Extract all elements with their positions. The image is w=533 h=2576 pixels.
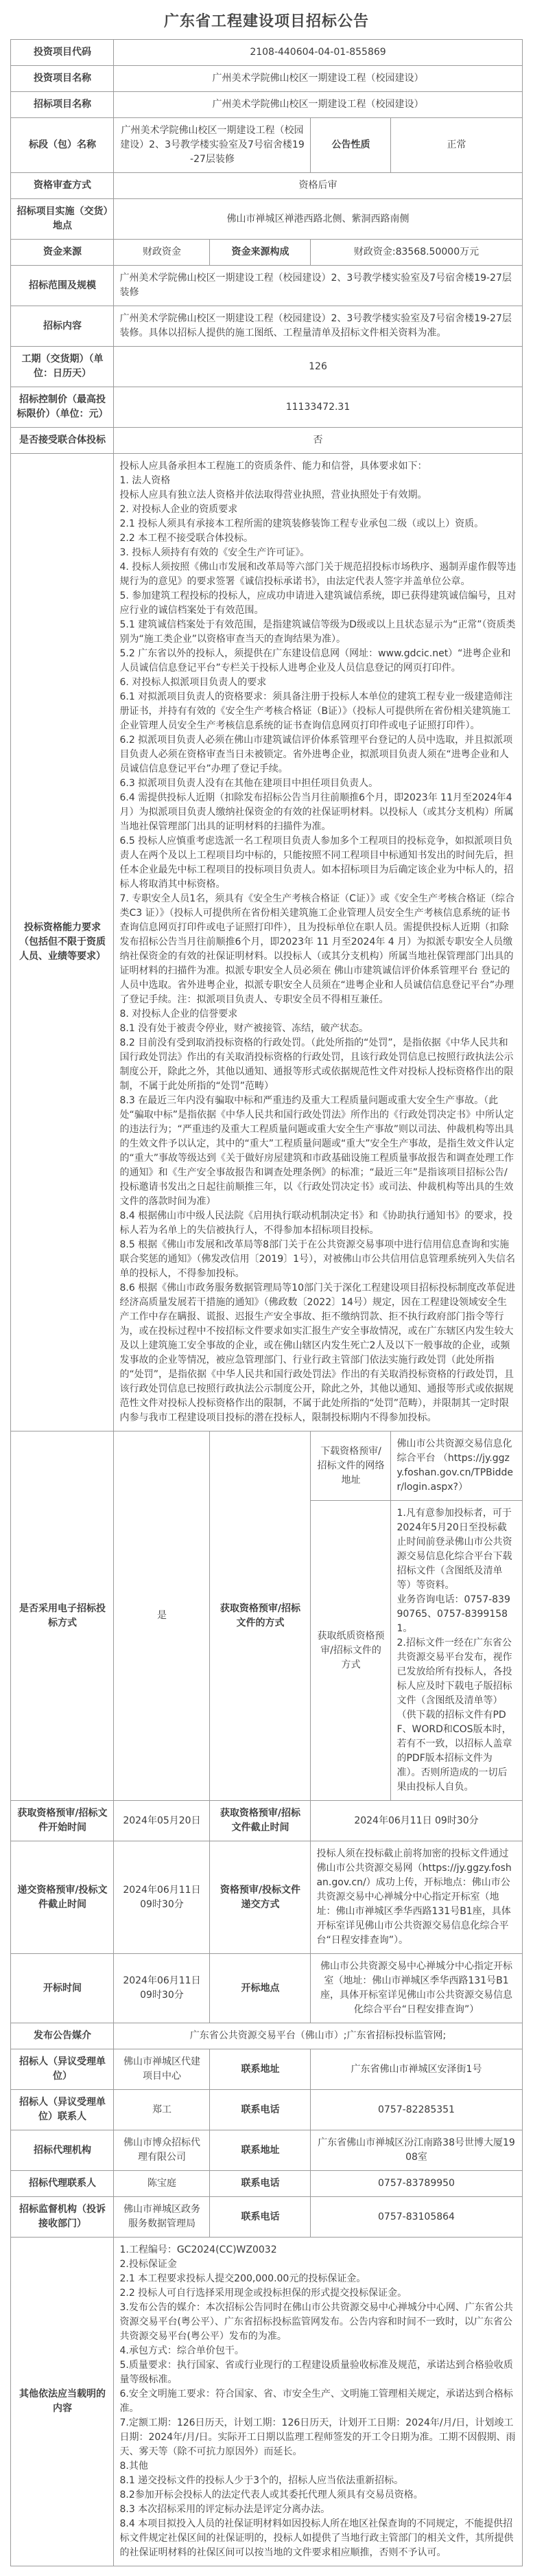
label-announcement-media: 发布公告媒介 xyxy=(11,2023,114,2049)
value-paper-document-acquisition: 1.凡有意参加投标者，可于2024年5月20日至投标截止时间前登录佛山市公共资源… xyxy=(391,1501,522,1801)
value-funding-composition: 财政资金:83568.50000万元 xyxy=(311,240,522,266)
label-supervision-phone: 联系电话 xyxy=(210,2197,311,2238)
row-consortium-bidding: 是否接受联合体投标 否 xyxy=(11,428,522,454)
tender-announcement-table: 投资项目代码 2108-440604-04-01-855869 投资项目名称 广… xyxy=(10,39,522,2566)
row-qualification-review-method: 资格审查方式 资格后审 xyxy=(11,173,522,199)
value-tenderer-contact: 郑工 xyxy=(114,2090,210,2130)
value-tender-scope-scale: 广州美术学院佛山校区一期建设工程（校园建设）2、3号教学楼实验室及7号宿舍楼19… xyxy=(114,266,522,306)
label-agency-phone: 联系电话 xyxy=(210,2171,311,2197)
label-notice-nature: 公告性质 xyxy=(311,118,391,173)
row-submission-deadline: 递交资格预审/投标文件截止时间 2024年06月11日 09时30分 资格预审/… xyxy=(11,1841,522,1954)
value-bidder-qualification-requirements: 投标人应具备承担本工程施工的资质条件、能力和信誉，具体要求如下： 1. 法人资格… xyxy=(114,454,522,1431)
row-announcement-media: 发布公告媒介 广东省公共资源交易平台（佛山市）;广东省招标投标监管网; xyxy=(11,2023,522,2049)
row-tenderer: 招标人（异议受理单位） 佛山市禅城区代建项目中心 联系地址 广东省佛山市禅城区安… xyxy=(11,2049,522,2090)
value-tenderer: 佛山市禅城区代建项目中心 xyxy=(114,2049,210,2090)
label-electronic-bidding: 是否采用电子招标投标方式 xyxy=(11,1431,114,1801)
value-bid-opening-place: 佛山市公共资源交易中心禅城分中心指定开标室（地址：佛山市禅城区季华西路131号B… xyxy=(311,1954,522,2023)
value-tenderer-phone: 0757-82285351 xyxy=(311,2090,522,2130)
row-tender-control-price: 招标控制价（最高投标限价）（单位：元） 11133472.31 xyxy=(11,387,522,428)
label-tenderer: 招标人（异议受理单位） xyxy=(11,2049,114,2090)
row-construction-period: 工期（交货期）（单位：日历天） 126 xyxy=(11,347,522,387)
value-download-document-url: 佛山市公共资源交易信息化综合平台 （https://jy.ggzy.foshan… xyxy=(391,1431,522,1501)
label-document-acquisition-end: 获取资格预审/招标文件截止时间 xyxy=(210,1801,311,1841)
value-section-package-name: 广州美术学院佛山校区一期建设工程（校园建设）2、3号教学楼实验室及7号宿舍楼19… xyxy=(114,118,311,173)
label-bid-opening-place: 开标地点 xyxy=(210,1954,311,2023)
label-agency-address: 联系地址 xyxy=(210,2130,311,2171)
value-construction-period: 126 xyxy=(114,347,522,387)
label-construction-period: 工期（交货期）（单位：日历天） xyxy=(11,347,114,387)
label-submission-method: 资格预审/投标文件递交方式 xyxy=(210,1841,311,1954)
value-document-acquisition-end: 2024年06月11日 09时30分 xyxy=(311,1801,522,1841)
row-bidder-qualification-requirements: 投标资格能力要求（包括但不限于资质人员、业绩等要求） 投标人应具备承担本工程施工… xyxy=(11,454,522,1431)
row-implementation-location: 招标项目实施（交货）地点 佛山市禅城区禅港西路北侧、紫洞西路南侧 xyxy=(11,199,522,240)
value-supervision-phone: 0757-83105864 xyxy=(311,2197,522,2238)
label-bidder-qualification-requirements: 投标资格能力要求（包括但不限于资质人员、业绩等要求） xyxy=(11,454,114,1431)
value-consortium-bidding: 否 xyxy=(114,428,522,454)
label-submission-deadline: 递交资格预审/投标文件截止时间 xyxy=(11,1841,114,1954)
row-agency-contact: 招标代理联系人 陈宝庭 联系电话 0757-83789950 xyxy=(11,2171,522,2197)
label-supervision-authority: 招标监督机构（投诉接收部门） xyxy=(11,2197,114,2238)
tender-announcement-page: 广东省工程建设项目招标公告 投资项目代码 2108-440604-04-01-8… xyxy=(0,0,533,2566)
value-electronic-bidding: 是 xyxy=(114,1431,210,1801)
label-bid-opening-time: 开标时间 xyxy=(11,1954,114,2023)
label-tender-content: 招标内容 xyxy=(11,306,114,347)
row-funding-source: 资金来源 财政资金 资金来源构成 财政资金:83568.50000万元 xyxy=(11,240,522,266)
page-title: 广东省工程建设项目招标公告 xyxy=(0,0,533,39)
row-supervision-authority: 招标监督机构（投诉接收部门） 佛山市禅城区政务服务数据管理局 联系电话 0757… xyxy=(11,2197,522,2238)
value-tenderer-address: 广东省佛山市禅城区安泽街1号 xyxy=(311,2049,522,2090)
value-agency-contact: 陈宝庭 xyxy=(114,2171,210,2197)
value-qualification-review-method: 资格后审 xyxy=(114,173,522,199)
label-document-acquisition-method: 获取资格预审/招标文件的方式 xyxy=(210,1431,311,1801)
label-tender-project-name: 招标项目名称 xyxy=(11,92,114,118)
label-qualification-review-method: 资格审查方式 xyxy=(11,173,114,199)
value-investment-project-name: 广州美术学院佛山校区一期建设工程（校园建设） xyxy=(114,66,522,92)
label-tenderer-contact: 招标人（异议受理单位）联系人 xyxy=(11,2090,114,2130)
row-tender-content: 招标内容 广州美术学院佛山校区一期建设工程（校园建设）2、3号教学楼实验室及7号… xyxy=(11,306,522,347)
value-supervision-authority: 佛山市禅城区政务服务数据管理局 xyxy=(114,2197,210,2238)
label-funding-composition: 资金来源构成 xyxy=(210,240,311,266)
label-download-document-url: 下载资格预审/招标文件的网络地址 xyxy=(311,1431,391,1501)
value-agency: 佛山市博众招标代理有限公司 xyxy=(114,2130,210,2171)
row-electronic-bidding: 是否采用电子招标投标方式 是 获取资格预审/招标文件的方式 下载资格预审/招标文… xyxy=(11,1431,522,1501)
value-document-acquisition-start: 2024年05月20日 xyxy=(114,1801,210,1841)
row-agency: 招标代理机构 佛山市博众招标代理有限公司 联系地址 广东省佛山市禅城区汾江南路3… xyxy=(11,2130,522,2171)
value-submission-deadline: 2024年06月11日 09时30分 xyxy=(114,1841,210,1954)
label-investment-project-code: 投资项目代码 xyxy=(11,40,114,66)
value-tender-project-name: 广州美术学院佛山校区一期建设工程（校园建设） xyxy=(114,92,522,118)
label-section-package-name: 标段（包）名称 xyxy=(11,118,114,173)
row-investment-project-code: 投资项目代码 2108-440604-04-01-855869 xyxy=(11,40,522,66)
value-tender-content: 广州美术学院佛山校区一期建设工程（校园建设）2、3号教学楼实验室及7号宿舍楼19… xyxy=(114,306,522,347)
label-implementation-location: 招标项目实施（交货）地点 xyxy=(11,199,114,240)
label-funding-source: 资金来源 xyxy=(11,240,114,266)
value-other-contents: 1.工程编号：GC2024(CC)WZ0032 2.投标保证金 2.1 本工程要… xyxy=(114,2238,522,2566)
label-tender-control-price: 招标控制价（最高投标限价）（单位：元） xyxy=(11,387,114,428)
row-tenderer-contact: 招标人（异议受理单位）联系人 郑工 联系电话 0757-82285351 xyxy=(11,2090,522,2130)
row-tender-scope-scale: 招标范围及规模 广州美术学院佛山校区一期建设工程（校园建设）2、3号教学楼实验室… xyxy=(11,266,522,306)
value-notice-nature: 正常 xyxy=(391,118,522,173)
row-other-contents: 其他依法应当载明的内容 1.工程编号：GC2024(CC)WZ0032 2.投标… xyxy=(11,2238,522,2566)
value-bid-opening-time: 2024年06月11日 09时30分 xyxy=(114,1954,210,2023)
value-submission-method: 投标人须在投标截止前将加密的投标文件通过佛山市公共资源交易网（https://j… xyxy=(311,1841,522,1954)
label-investment-project-name: 投资项目名称 xyxy=(11,66,114,92)
value-investment-project-code: 2108-440604-04-01-855869 xyxy=(114,40,522,66)
row-bid-opening: 开标时间 2024年06月11日 09时30分 开标地点 佛山市公共资源交易中心… xyxy=(11,1954,522,2023)
row-tender-project-name: 招标项目名称 广州美术学院佛山校区一期建设工程（校园建设） xyxy=(11,92,522,118)
label-agency-contact: 招标代理联系人 xyxy=(11,2171,114,2197)
label-consortium-bidding: 是否接受联合体投标 xyxy=(11,428,114,454)
value-implementation-location: 佛山市禅城区禅港西路北侧、紫洞西路南侧 xyxy=(114,199,522,240)
value-funding-source: 财政资金 xyxy=(114,240,210,266)
row-section-package-name: 标段（包）名称 广州美术学院佛山校区一期建设工程（校园建设）2、3号教学楼实验室… xyxy=(11,118,522,173)
value-agency-phone: 0757-83789950 xyxy=(311,2171,522,2197)
label-document-acquisition-start: 获取资格预审/招标文件开始时间 xyxy=(11,1801,114,1841)
label-tender-scope-scale: 招标范围及规模 xyxy=(11,266,114,306)
row-investment-project-name: 投资项目名称 广州美术学院佛山校区一期建设工程（校园建设） xyxy=(11,66,522,92)
label-agency: 招标代理机构 xyxy=(11,2130,114,2171)
row-document-acquisition-time: 获取资格预审/招标文件开始时间 2024年05月20日 获取资格预审/招标文件截… xyxy=(11,1801,522,1841)
value-tender-control-price: 11133472.31 xyxy=(114,387,522,428)
label-other-contents: 其他依法应当载明的内容 xyxy=(11,2238,114,2566)
label-tenderer-address: 联系地址 xyxy=(210,2049,311,2090)
value-announcement-media: 广东省公共资源交易平台（佛山市）;广东省招标投标监管网; xyxy=(114,2023,522,2049)
label-paper-document-acquisition: 获取纸质资格预审/招标文件的方式 xyxy=(311,1501,391,1801)
value-agency-address: 广东省佛山市禅城区汾江南路38号世博大厦1908室 xyxy=(311,2130,522,2171)
label-tenderer-phone: 联系电话 xyxy=(210,2090,311,2130)
